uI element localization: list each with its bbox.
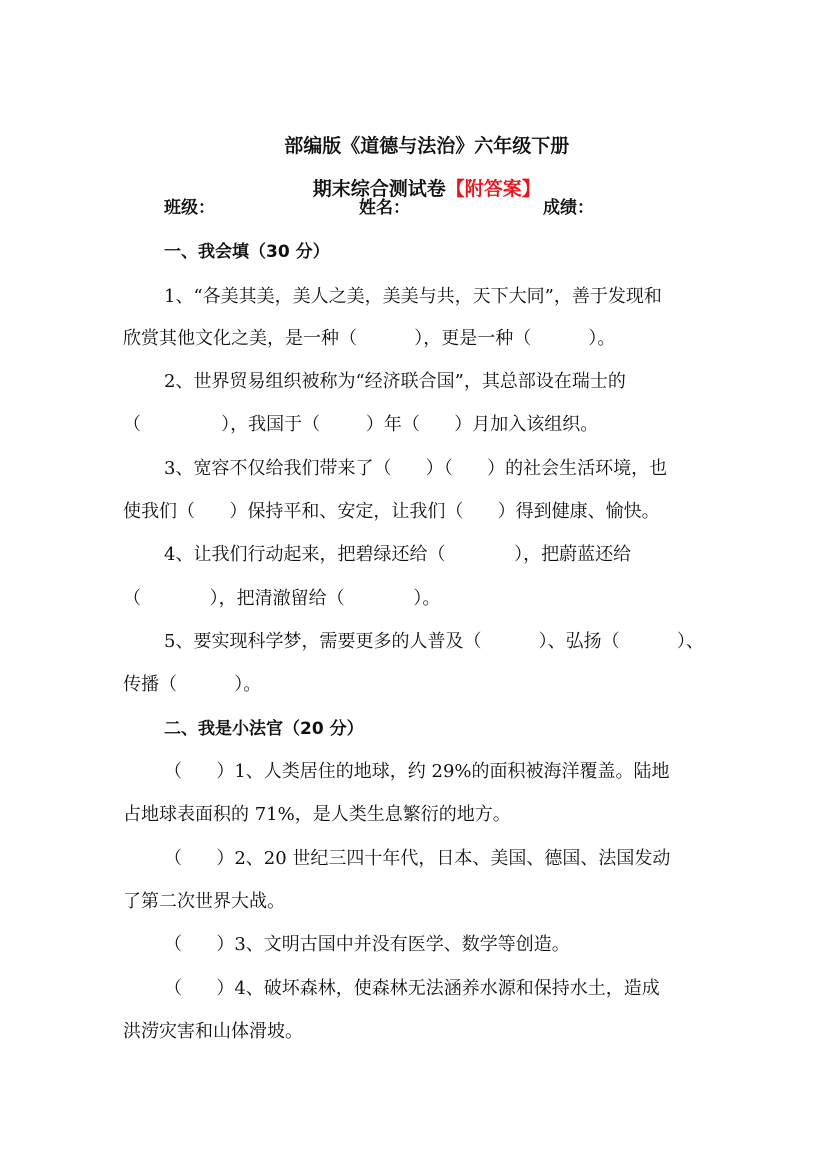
section-heading-judge: 二、我是小法官（20 分）: [164, 717, 364, 741]
question-line: （ ）1、人类居住的地球，约 29%的面积被海洋覆盖。陆地: [164, 760, 704, 784]
question-line: 4、让我们行动起来，把碧绿还给（ ），把蔚蓝还给: [164, 543, 704, 567]
name-field-label: 姓名：: [359, 196, 410, 220]
question-line: 使我们（ ）保持平和、安定，让我们（ ）得到健康、愉快。: [123, 500, 713, 524]
section-heading-fill-in: 一、我会填（30 分）: [164, 240, 330, 264]
question-line: （ ），我国于（ ）年（ ）月加入该组织。: [123, 413, 713, 437]
question-line: （ ）4、破坏森林，使森林无法涵养水源和保持水土，造成: [164, 977, 704, 1001]
score-field-label: 成绩：: [543, 196, 594, 220]
class-field-label: 班级：: [164, 196, 215, 220]
question-line: 3、宽容不仅给我们带来了（ ）（ ）的社会生活环境，也: [164, 457, 704, 481]
question-line: 洪涝灾害和山体滑坡。: [123, 1020, 713, 1044]
question-line: 5、要实现科学梦，需要更多的人普及（ ）、弘扬（ ）、: [164, 630, 704, 654]
question-line: 传播（ ）。: [123, 673, 713, 697]
question-line: （ ）2、20 世纪三四十年代，日本、美国、德国、法国发动: [164, 847, 704, 871]
question-line: 1、“各美其美，美人之美，美美与共，天下大同”，善于发现和: [164, 285, 704, 309]
question-line: 2、世界贸易组织被称为“经济联合国”，其总部设在瑞士的: [164, 370, 704, 394]
question-line: 欣赏其他文化之美，是一种（ ），更是一种（ ）。: [123, 327, 713, 351]
answer-included-tag: 【附答案】: [446, 178, 541, 200]
question-line: （ ）3、文明古国中并没有医学、数学等创造。: [164, 933, 704, 957]
question-line: 了第二次世界大战。: [123, 890, 713, 914]
question-line: （ ），把清澈留给（ ）。: [123, 587, 713, 611]
document-subtitle: 期末综合测试卷【附答案】: [0, 153, 827, 225]
question-line: 占地球表面积的 71%，是人类生息繁衍的地方。: [123, 803, 713, 827]
exam-page: 部编版《道德与法治》六年级下册 期末综合测试卷【附答案】 班级： 姓名： 成绩：…: [0, 0, 827, 1169]
